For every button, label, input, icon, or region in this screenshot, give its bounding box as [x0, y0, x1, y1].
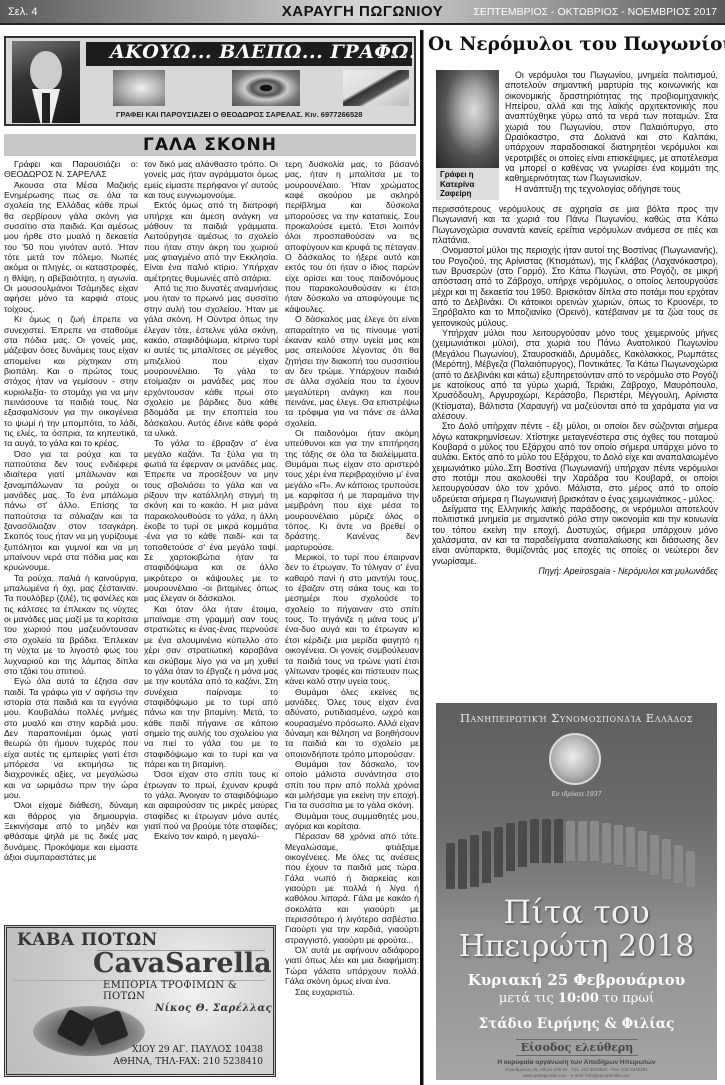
paragraph: Και όταν όλα ήταν έτοιμα, μπαίναμε στη γ…	[144, 604, 278, 770]
ad-phone: ΑΘΗΝΑ, ΤΗΛ-FAX: 210 5238410	[113, 1057, 263, 1067]
paragraph: Θυμάμαι τους συμμαθητές μου, αγόρια και …	[285, 811, 419, 832]
ad-footer-web: www.panepirotiki.com · e-mail: info@pane…	[436, 1073, 717, 1078]
author-caption: Γράφει η Κατερίνα Ζαφείρη	[436, 168, 499, 200]
issue-date: ΣΕΠΤΕΜΒΡΙΟΣ - ΟΚΤΩΒΡΙΟΣ - ΝΟΕΜΒΡΙΟΣ 2017	[473, 6, 717, 18]
article-title: ΓΑΛΑ ΣΚΟΝΗ	[4, 134, 416, 156]
paragraph: περισσότερους νερόμυλους σε αχρησία σε μ…	[432, 204, 718, 245]
paragraph: Σας ευχαριστώ.	[285, 987, 419, 997]
paragraph: Εκείνο τον καιρό, η μεγαλύ-	[144, 831, 278, 841]
paragraph: Όλ' αυτά με αφήνουν αδιάφορο γιατί όπως …	[285, 945, 419, 986]
cava-sarella-ad: ΚΑΒΑ ΠΟΤΩΝ CavaSarella ΕΜΠΟΡΙΑ ΤΡΟΦΙΜΩΝ …	[4, 925, 276, 1077]
paragraph: τερη δυσκολία μας, το βάσανό μας, ήταν η…	[285, 159, 419, 314]
author-photo	[436, 70, 499, 170]
event-entry: Είσοδος ελεύθερη	[516, 1039, 638, 1056]
paragraph: Στο Δολό υπήρχαν πέντε - έξι μύλοι, οι ο…	[432, 421, 718, 504]
ad-subtitle: ΕΜΠΟΡΙΑ ΤΡΟΦΙΜΩΝ & ΠΟΤΩΝ	[103, 980, 273, 1002]
event-date: Κυριακή 25 Φεβρουάριου	[436, 971, 717, 989]
right-article-title: Οι Νερόμυλοι του Πωγωνίου	[428, 34, 725, 55]
dancers-image	[442, 813, 710, 891]
ad-brand: CavaSarella	[93, 948, 272, 979]
paragraph: τον δικό μας αλάνθαστο τρόπο. Οι γονείς …	[144, 159, 278, 200]
masthead: Σελ. 4 ΧΑΡΑΥΓΗ ΠΩΓΩΝΙΟΥ ΣΕΠΤΕΜΒΡΙΟΣ - ΟΚ…	[0, 0, 725, 25]
ad-footer-tagline: Η κορυφαία οργάνωση των Αποδήμων Ηπειρωτ…	[436, 1059, 717, 1066]
event-title-line2: Ηπειρώτη 2018	[436, 929, 717, 964]
paragraph: Η ανάπτυξη της τεχνολογίας οδήγησε τους	[505, 184, 718, 194]
column-divider	[423, 30, 424, 1085]
paragraph: Εγώ όλα αυτά τα έζησα σαν παιδί. Τα γράφ…	[4, 676, 138, 800]
article-column-1: Γράφει και Παρουσιάζει ο: ΘΕΟΔΩΡΟΣ Ν. ΣΑ…	[4, 159, 138, 862]
paragraph: Άκουσα στα Μέσα Μαζικής Ενημέρωσης πως σ…	[4, 180, 138, 314]
paragraph: Από τις πιο δυνατές αναμνήσεις μου ήταν …	[144, 283, 278, 438]
ad-address: ΧΙΟΥ 29 ΑΓ. ΠΑΥΛΟΣ 10438	[132, 1045, 263, 1055]
column-banner: ΑΚΟΥΩ... ΒΛΕΠΩ... ΓΡΑΦΩ... ΓΡΑΦΕΙ ΚΑΙ ΠΑ…	[4, 36, 416, 126]
pen-image	[343, 70, 409, 106]
byline: Γράφει και Παρουσιάζει ο: ΘΕΟΔΩΡΟΣ Ν. ΣΑ…	[4, 159, 138, 180]
paragraph: Όσο για τα ρούχα και τα παπούτσια δεν το…	[4, 449, 138, 573]
paragraph: Το γάλα το έβραζαν σ' ένα μεγάλο καζάνι.…	[144, 438, 278, 604]
event-title-line1: Πίτα του	[436, 893, 717, 931]
paragraph: Οι νερόμυλοι του Πωγωνίου, μνημεία πολιτ…	[505, 70, 718, 184]
paragraph: Θυμάμαι όλες εκείνες τις μανάδες. Όλες τ…	[285, 687, 419, 759]
right-article-intro: Οι νερόμυλοι του Πωγωνίου, μνημεία πολιτ…	[505, 70, 718, 194]
event-time: μετά τις 10:00 το πρωί	[436, 991, 717, 1006]
paragraph: Όσοι είχαν στο σπίτι τους κι έτρωγαν το …	[144, 769, 278, 831]
paragraph: Πέρασαν 68 χρόνια από τότε. Μεγαλώσαμε, …	[285, 831, 419, 945]
paragraph: Όλοι είχαμε διάθεση, δύναμη και θάρρος γ…	[4, 800, 138, 862]
ad-owner: Νίκος Θ. Σαρέλλας	[155, 1003, 272, 1014]
paragraph: Υπήρχαν μύλοι που λειτουργούσαν μόνο του…	[432, 328, 718, 421]
column-credit: ΓΡΑΦΕΙ ΚΑΙ ΠΑΡΟΥΣΙΑΖΕΙ Ο ΘΕΟΔΩΡΟΣ ΣΑΡΕΛΑ…	[116, 110, 362, 119]
paragraph: Τα ρούχα, παλιά ή καινούργια, μπαλωμένα …	[4, 573, 138, 676]
eye-image	[232, 70, 300, 106]
ad-footer-address: Κλαυθμώνος 15, Αθήνα 105 52 · Τηλ. 210 3…	[436, 1067, 717, 1072]
ear-image	[113, 70, 165, 106]
coin-emblem-icon	[549, 733, 601, 785]
article-column-3: τερη δυσκολία μας, το βάσανό μας, ήταν η…	[285, 159, 419, 997]
paragraph: Δείγματα της Ελληνικής λαϊκής παράδοσης,…	[432, 504, 718, 566]
event-venue: Στάδιο Ειρήνης & Φιλίας	[436, 1016, 717, 1032]
paragraph: Κι όμως η ζωή έπρεπε να συνεχιστεί. Έπρε…	[4, 314, 138, 448]
paragraph: Μερικοί, το τυρί που έπαιρναν δεν το έτρ…	[285, 552, 419, 686]
article-column-2: τον δικό μας αλάνθαστο τρόπο. Οι γονείς …	[144, 159, 278, 842]
paragraph: Θυμάμαι τον δάσκαλο, τον οποίο μάλιστα σ…	[285, 759, 419, 811]
paragraph: Ονομαστοί μύλοι της περιοχής ήταν αυτοί …	[432, 245, 718, 328]
right-article-body: περισσότερους νερόμυλους σε αχρησία σε μ…	[432, 204, 718, 576]
pita-event-ad: Πανηπειρωτική Συνομοσπονδία Ελλάδος Εν ι…	[436, 703, 717, 1080]
column-slogan: ΑΚΟΥΩ... ΒΛΕΠΩ... ΓΡΑΦΩ...	[110, 41, 430, 63]
ad-since: Εν ιδρύσει 1937	[436, 791, 717, 798]
ad-heading: ΚΑΒΑ ΠΟΤΩΝ	[17, 930, 158, 950]
paragraph: Εκτός όμως από τη διατροφή υπήρχε και άμ…	[144, 200, 278, 283]
source-credit: Πηγή: Apeirosgaia - Νερόμυλοι και μυλωνά…	[432, 566, 718, 576]
paragraph: Ο δάσκαλος μας έλεγε ότι είναι απαραίτητ…	[285, 314, 419, 428]
author-photo	[12, 41, 80, 123]
ad-organization: Πανηπειρωτική Συνομοσπονδία Ελλάδος	[436, 711, 717, 725]
paragraph: Οι παιδονόμοι ήταν ακόμη υπεύθυνοι και γ…	[285, 428, 419, 552]
